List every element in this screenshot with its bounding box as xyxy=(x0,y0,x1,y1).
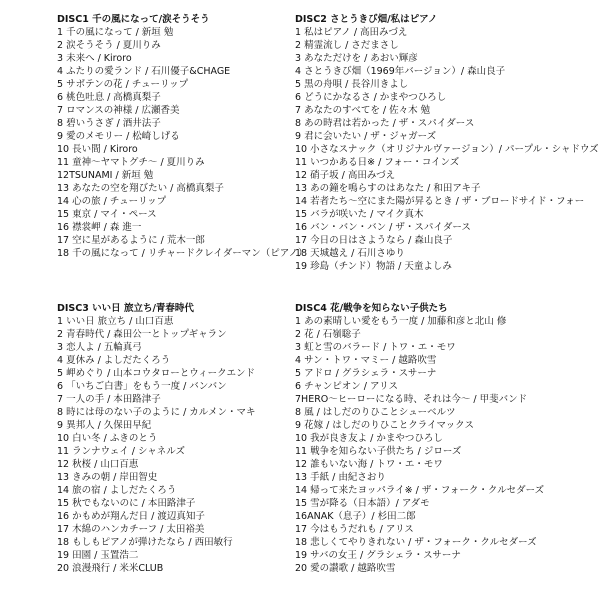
track-item: 3 あなただけを / あおい輝彦 xyxy=(295,52,592,65)
track-item: 8 あの時君は若かった / ザ・スパイダース xyxy=(295,117,592,130)
track-item: 4 ふたりの愛ランド / 石川優子&CHAGE xyxy=(57,65,295,78)
track-item: 7 ロマンスの神様 / 広瀬香美 xyxy=(57,104,295,117)
track-item: 11 童神～ヤマトグチ～ / 夏川りみ xyxy=(57,156,295,169)
track-item: 15 雪が降る（日本語）/ アダモ xyxy=(295,497,592,510)
track-item: 12 秋桜 / 山口百恵 xyxy=(57,458,295,471)
track-item: 2 精霊流し / さだまさし xyxy=(295,39,592,52)
track-item: 18 もしもピアノが弾けたなら / 西田敏行 xyxy=(57,536,295,549)
track-item: 12 硝子坂 / 高田みづえ xyxy=(295,169,592,182)
track-item: 1 あの素晴しい愛をもう一度 / 加藤和彦と北山 修 xyxy=(295,315,592,328)
track-item: 17 今はもうだれも / アリス xyxy=(295,523,592,536)
track-item: 4 夏休み / よしだたくろう xyxy=(57,354,295,367)
disc2-track-list: 1 私はピアノ / 高田みづえ2 精霊流し / さだまさし3 あなただけを / … xyxy=(295,26,592,273)
track-item: 13 あの鐘を鳴らすのはあなた / 和田アキ子 xyxy=(295,182,592,195)
track-item: 8 時には母のない子のように / カルメン・マキ xyxy=(57,406,295,419)
track-item: 14 心の旅 / チューリップ xyxy=(57,195,295,208)
track-item: 18 千の風になって / リチャードクレイダーマン（ピアノ） xyxy=(57,247,295,260)
track-item: 16ANAK（息子）/ 杉田二郎 xyxy=(295,510,592,523)
disc3-title: DISC3 いい日 旅立ち/青春時代 xyxy=(57,302,295,315)
track-item: 2 青春時代 / 森田公一とトップギャラン xyxy=(57,328,295,341)
track-item: 19 サバの女王 / グラシェラ・スサーナ xyxy=(295,549,592,562)
track-item: 2 涙そうそう / 夏川りみ xyxy=(57,39,295,52)
track-item: 11 いつかある日※ / フォー・コインズ xyxy=(295,156,592,169)
track-item: 18 天城越え / 石川さゆり xyxy=(295,247,592,260)
track-item: 5 サボテンの花 / チューリップ xyxy=(57,78,295,91)
track-item: 5 アドロ / グラシェラ・スサーナ xyxy=(295,367,592,380)
track-item: 8 碧いうさぎ / 酒井法子 xyxy=(57,117,295,130)
track-item: 19 田園 / 玉置浩二 xyxy=(57,549,295,562)
track-item: 3 虹と雪のバラード / トワ・エ・モワ xyxy=(295,341,592,354)
track-item: 14 帰って来たヨッパライ※ / ザ・フォーク・クルセダーズ xyxy=(295,484,592,497)
track-item: 10 小さなスナック（オリジナルヴァージョン）/ パープル・シャドウズ xyxy=(295,143,592,156)
track-item: 10 白い冬 / ふきのとう xyxy=(57,432,295,445)
track-item: 12TSUNAMI / 新垣 勉 xyxy=(57,169,295,182)
track-item: 9 君に会いたい / ザ・ジャガーズ xyxy=(295,130,592,143)
track-item: 9 花嫁 / はしだのりひことクライマックス xyxy=(295,419,592,432)
track-item: 15 バラが咲いた / マイク真木 xyxy=(295,208,592,221)
track-item: 20 浪漫飛行 / 米米CLUB xyxy=(57,562,295,575)
disc4-title: DISC4 花/戦争を知らない子供たち xyxy=(295,302,592,315)
track-item: 15 東京 / マイ・ペース xyxy=(57,208,295,221)
track-item: 7 あなたのすべてを / 佐々木 勉 xyxy=(295,104,592,117)
track-item: 10 我が良き友よ / かまやつひろし xyxy=(295,432,592,445)
disc2-section: DISC2 さとうきび畑/私はピアノ 1 私はピアノ / 高田みづえ2 精霊流し… xyxy=(295,13,592,273)
track-item: 4 さとうきび畑（1969年バージョン）/ 森山良子 xyxy=(295,65,592,78)
track-item: 9 異邦人 / 久保田早紀 xyxy=(57,419,295,432)
track-item: 19 珍島（チンド）物語 / 天童よしみ xyxy=(295,260,592,273)
track-item: 11 戦争を知らない子供たち / ジローズ xyxy=(295,445,592,458)
track-item: 1 いい日 旅立ち / 山口百恵 xyxy=(57,315,295,328)
disc3-track-list: 1 いい日 旅立ち / 山口百恵2 青春時代 / 森田公一とトップギャラン3 恋… xyxy=(57,315,295,575)
track-item: 7 一人の手 / 本田路津子 xyxy=(57,393,295,406)
tracklist-page: DISC1 千の風になって/涙そうそう 1 千の風になって / 新垣 勉2 涙そ… xyxy=(0,0,600,600)
disc1-title: DISC1 千の風になって/涙そうそう xyxy=(57,13,295,26)
track-item: 16 バン・バン・バン / ザ・スパイダース xyxy=(295,221,592,234)
track-item: 15 秋でもないのに / 本田路津子 xyxy=(57,497,295,510)
disc1-section: DISC1 千の風になって/涙そうそう 1 千の風になって / 新垣 勉2 涙そ… xyxy=(57,13,295,273)
track-item: 14 旅の宿 / よしだたくろう xyxy=(57,484,295,497)
track-item: 17 今日の日はさようなら / 森山良子 xyxy=(295,234,592,247)
track-item: 16 襟裳岬 / 森 進一 xyxy=(57,221,295,234)
track-item: 5 岬めぐり / 山本コウタローとウィークエンド xyxy=(57,367,295,380)
track-item: 14 若者たち～空にまた陽が昇るとき / ザ・ブロードサイド・フォー xyxy=(295,195,592,208)
track-item: 1 千の風になって / 新垣 勉 xyxy=(57,26,295,39)
track-item: 4 サン・トワ・マミー / 越路吹雪 xyxy=(295,354,592,367)
track-item: 9 愛のメモリー / 松崎しげる xyxy=(57,130,295,143)
track-item: 5 黒の舟唄 / 長谷川きよし xyxy=(295,78,592,91)
track-item: 6 どうにかなるさ / かまやつひろし xyxy=(295,91,592,104)
disc1-track-list: 1 千の風になって / 新垣 勉2 涙そうそう / 夏川りみ3 未来へ / Ki… xyxy=(57,26,295,260)
track-item: 13 あなたの空を翔びたい / 高橋真梨子 xyxy=(57,182,295,195)
disc4-section: DISC4 花/戦争を知らない子供たち 1 あの素晴しい愛をもう一度 / 加藤和… xyxy=(295,302,592,575)
track-item: 10 長い間 / Kiroro xyxy=(57,143,295,156)
track-item: 6 「いちご白書」をもう一度 / バンバン xyxy=(57,380,295,393)
track-item: 11 ランナウェイ / シャネルズ xyxy=(57,445,295,458)
disc3-section: DISC3 いい日 旅立ち/青春時代 1 いい日 旅立ち / 山口百恵2 青春時… xyxy=(57,302,295,575)
disc4-track-list: 1 あの素晴しい愛をもう一度 / 加藤和彦と北山 修2 花 / 石嶺聡子3 虹と… xyxy=(295,315,592,575)
track-item: 17 木綿のハンカチーフ / 太田裕美 xyxy=(57,523,295,536)
track-item: 18 悲しくてやりきれない / ザ・フォーク・クルセダーズ xyxy=(295,536,592,549)
track-item: 12 誰もいない海 / トワ・エ・モワ xyxy=(295,458,592,471)
track-item: 13 きみの朝 / 岸田智史 xyxy=(57,471,295,484)
track-item: 3 恋人よ / 五輪真弓 xyxy=(57,341,295,354)
track-item: 6 桃色吐息 / 高橋真梨子 xyxy=(57,91,295,104)
track-item: 13 手紙 / 由紀さおり xyxy=(295,471,592,484)
track-item: 2 花 / 石嶺聡子 xyxy=(295,328,592,341)
track-item: 1 私はピアノ / 高田みづえ xyxy=(295,26,592,39)
track-item: 16 かもめが翔んだ日 / 渡辺真知子 xyxy=(57,510,295,523)
disc2-title: DISC2 さとうきび畑/私はピアノ xyxy=(295,13,592,26)
track-item: 6 チャンピオン / アリス xyxy=(295,380,592,393)
track-item: 7HERO～ヒーローになる時、それは今～ / 甲斐バンド xyxy=(295,393,592,406)
track-item: 8 風 / はしだのりひことシューベルツ xyxy=(295,406,592,419)
track-item: 3 未来へ / Kiroro xyxy=(57,52,295,65)
track-item: 17 空に星があるように / 荒木一郎 xyxy=(57,234,295,247)
track-item: 20 愛の讃歌 / 越路吹雪 xyxy=(295,562,592,575)
